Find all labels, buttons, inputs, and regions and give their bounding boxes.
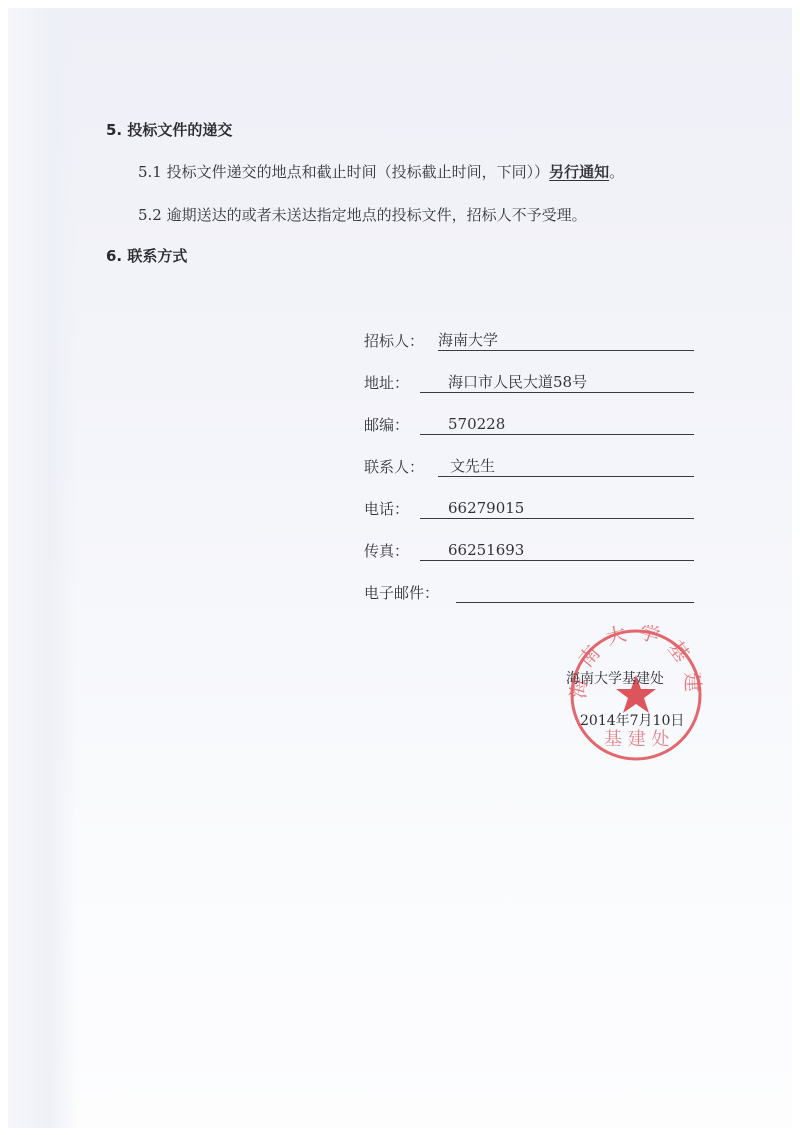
contact-person-field: 文先生 xyxy=(438,456,694,477)
section-5-1-emphasis: 另行通知 xyxy=(549,163,609,181)
contact-person-label: 联系人： xyxy=(364,456,424,477)
postcode-field: 570228 xyxy=(420,414,694,435)
email-label: 电子邮件： xyxy=(364,582,439,603)
seal-stamp-icon: 海南大学基建处 基 建 处 xyxy=(566,625,706,765)
phone-field: 66279015 xyxy=(420,498,694,519)
address-label: 地址： xyxy=(364,372,409,393)
postcode-value: 570228 xyxy=(448,415,505,433)
phone-label: 电话： xyxy=(364,498,409,519)
official-seal: 海南大学基建处 基 建 处 xyxy=(566,625,706,765)
contact-person-value: 文先生 xyxy=(450,457,495,475)
section-5-1-text: 5.1 投标文件递交的地点和截止时间（投标截止时间，下同））另行通知。 xyxy=(138,161,624,182)
section-6-heading: 6. 联系方式 xyxy=(106,245,187,266)
section-5-1-suffix: 。 xyxy=(609,163,624,181)
address-value: 海口市人民大道58号 xyxy=(448,373,587,391)
postcode-label: 邮编： xyxy=(364,414,409,435)
address-field: 海口市人民大道58号 xyxy=(420,372,694,393)
svg-text:基 建 处: 基 建 处 xyxy=(604,729,669,750)
tenderer-field: 海南大学 xyxy=(438,330,694,351)
section-5-1-main: 5.1 投标文件递交的地点和截止时间（投标截止时间，下同）） xyxy=(138,163,549,181)
section-5-heading: 5. 投标文件的递交 xyxy=(106,119,232,140)
tenderer-value: 海南大学 xyxy=(438,331,498,349)
phone-value: 66279015 xyxy=(448,499,524,517)
issuer-name: 海南大学基建处 xyxy=(566,668,664,688)
issue-date: 2014年7月10日 xyxy=(580,710,684,730)
fax-label: 传真： xyxy=(364,540,409,561)
fax-field: 66251693 xyxy=(420,540,694,561)
section-5-2-text: 5.2 逾期送达的或者未送达指定地点的投标文件，招标人不予受理。 xyxy=(138,204,587,225)
tenderer-label: 招标人： xyxy=(364,330,424,351)
email-field xyxy=(456,582,694,603)
fax-value: 66251693 xyxy=(448,541,524,559)
document-page: 5. 投标文件的递交 5.1 投标文件递交的地点和截止时间（投标截止时间，下同）… xyxy=(8,8,792,1128)
